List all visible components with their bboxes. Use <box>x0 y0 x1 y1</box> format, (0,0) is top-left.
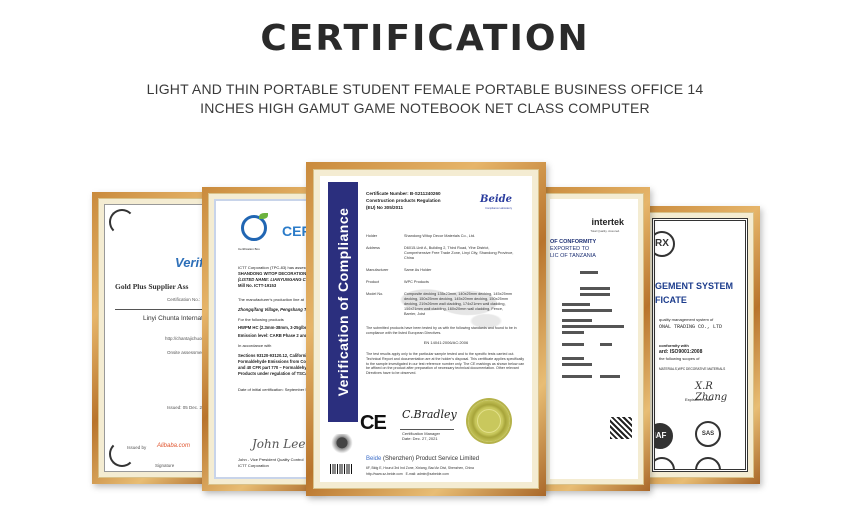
field-text <box>562 325 624 328</box>
cert-line: conformity with <box>659 343 689 348</box>
cert-line: Date of initial certification: September… <box>238 387 312 392</box>
signer: John - Vice President Quality Control <box>238 457 304 462</box>
standard: EN 14041:2006/AC:2006 <box>320 340 532 345</box>
ce-mark-icon: CE <box>360 412 386 435</box>
gold-seal-icon <box>468 400 510 442</box>
logo-caption: Certification Box <box>238 247 260 251</box>
signature-line <box>400 429 454 430</box>
verification-band: Verification of Compliance <box>328 182 358 422</box>
cert-line: ard: ISO9001:2008 <box>659 349 702 355</box>
field-text <box>562 309 612 312</box>
signer-block: Certification Manager Date: Dec. 27, 202… <box>402 431 440 441</box>
cert-line: and 40 CFR part 770 – Formaldehyd <box>238 365 309 370</box>
intertek-logo: intertek <box>591 217 624 227</box>
signature: C.Bradley <box>402 408 457 421</box>
field-address: AddressD6015-Unit A, Building 2, Third R… <box>366 246 514 261</box>
date-label: Date <box>155 471 165 472</box>
accreditation-badge-icon: SAS <box>695 421 721 447</box>
cert-line: The manufacturer's production line at <box>238 297 304 302</box>
page-title: CERTIFICATION <box>0 18 850 59</box>
field-product: ProductWPC Products <box>366 280 514 285</box>
cert-line: Sections 93120-93120.12, California <box>238 353 309 358</box>
alibaba-logo: Alibaba.com <box>157 443 190 449</box>
cert-line: For the following products <box>238 317 284 322</box>
field-text <box>580 293 610 296</box>
issuer-email: E-mail: admin@szbeide.com <box>406 472 449 476</box>
field-value: Composite decking 135x23mm, 140x25mm dec… <box>404 292 514 317</box>
cert-line: Mill No. ICTT-19153 <box>238 283 276 288</box>
issuer-name: (Shenzhen) Product Service Limited <box>381 456 479 462</box>
certificate-title: GEMENT SYSTEM FICATE <box>655 279 733 307</box>
cert-line: ICTT Corporation (TPC-83) has assessed a <box>238 265 312 270</box>
rx-logo-icon: RX <box>652 231 675 257</box>
corner-ornament-icon <box>109 209 135 235</box>
beide-logo-sub: Compliance Laboratory <box>485 207 512 210</box>
field-key: Manufacturer <box>366 268 404 273</box>
cert-line: Formaldehyde Emissions from Comp <box>238 359 312 364</box>
crest-icon <box>330 434 354 456</box>
regulation-number: (EU) No 305/2011 <box>366 204 441 211</box>
seal-icon <box>652 457 675 472</box>
beide-logo: Beide <box>480 194 512 205</box>
ictt-logo-icon <box>241 215 267 241</box>
certificate-header: Certificate Number: B-S211240260 Constru… <box>366 190 441 211</box>
field-model: Model No.Composite decking 135x23mm, 140… <box>366 292 514 317</box>
field-manufacturer: ManufacturerSame As Holder <box>366 268 514 273</box>
cert-line: the following scopes of <box>659 356 699 361</box>
signer-org: ICTT Corporation <box>238 463 269 468</box>
certificate-title: Gold Plus Supplier Ass <box>115 282 188 291</box>
barcode-icon <box>330 464 352 474</box>
qr-code-icon <box>610 417 632 439</box>
field-key: Product <box>366 280 404 285</box>
cert-line: Emission level: CARB Phase 2 and TSCA T <box>238 333 312 338</box>
cert-line: Zhongqifang Village, Pengshang Town, La <box>238 307 312 312</box>
field-key: Address <box>366 246 404 261</box>
cert-line: quality management system of <box>659 317 713 322</box>
title-line: GEMENT SYSTEM <box>655 279 733 293</box>
field-text <box>600 343 612 346</box>
intertek-tagline: Total Quality. Assured. <box>590 229 620 233</box>
field-holder: HolderShandong Witop Decor Materials Co.… <box>366 234 514 239</box>
signature: X.R Zhang <box>695 381 745 403</box>
field-value: Shandong Witop Decor Materials Co., Ltd. <box>404 234 514 239</box>
certificate-number: Certificate Number: B-S211240260 <box>366 190 441 197</box>
issuer-brand: Beide <box>366 456 381 462</box>
cert-line: (LISTED NAME: LIANYUNGANG CHANTA <box>238 277 312 282</box>
certificate-intertek: intertek Total Quality. Assured. OF CONF… <box>538 187 650 491</box>
page-subtitle: LIGHT AND THIN PORTABLE STUDENT FEMALE P… <box>120 80 730 118</box>
cert-line: ONAL TRADING CO., LTD <box>659 324 722 330</box>
field-value: Same As Holder <box>404 268 514 273</box>
field-text <box>562 343 584 346</box>
cert-line: SHANDONG WITOP DECORATION MA <box>238 271 312 276</box>
regulation: Construction products Regulation <box>366 197 441 204</box>
field-text <box>562 375 592 378</box>
field-text <box>580 271 598 274</box>
compliance-statement: The submitted products have been tested … <box>366 326 526 336</box>
field-value: WPC Products <box>404 280 514 285</box>
certificate-iso: RX GEMENT SYSTEM FICATE quality manageme… <box>640 206 760 484</box>
certificate-date: Date: Dec. 27, 2021 <box>402 436 440 441</box>
certificate-notes: The test results apply only to the parti… <box>366 352 526 376</box>
company-name: Linyi Chunta Internation <box>143 315 210 322</box>
signature: John Lee <box>252 437 305 451</box>
divider <box>115 309 209 310</box>
field-text <box>580 287 610 290</box>
issuer-company: Beide (Shenzhen) Product Service Limited <box>366 456 479 462</box>
heading-line: OF CONFORMITY <box>550 239 596 246</box>
heading-line: LIC OF TANZANIA <box>550 253 596 260</box>
field-text <box>600 375 620 378</box>
cert-line: HWPM HC (2.3mm-38mm, 3-25g/bc) <box>238 325 309 330</box>
issuer-address: 6F, Bldg E, Hourui 3rd Ind Zone, Xixiang… <box>366 466 474 470</box>
cert-line: Products under regulation of TSCA T <box>238 371 312 376</box>
certificate-beide: Verification of Compliance Certificate N… <box>306 162 546 496</box>
cert-line: In accordance with <box>238 343 271 348</box>
title-line: FICATE <box>655 293 733 307</box>
issued-by-label: Issued by <box>127 445 146 450</box>
cert-line: MATERIALS,WPC DECORATIVE MATERIALS <box>659 367 725 371</box>
certificate-heading: OF CONFORMITY EXPORTED TO LIC OF TANZANI… <box>550 239 596 260</box>
field-value: D6015-Unit A, Building 2, Third Road, Yi… <box>404 246 514 261</box>
field-text <box>562 331 584 334</box>
field-text <box>562 363 592 366</box>
field-key: Holder <box>366 234 404 239</box>
certification-number-label: Certification No.: <box>167 297 200 302</box>
iaf-badge-icon: IAF <box>652 423 673 449</box>
issuer-website: http://www.sz-beide.com <box>366 472 403 476</box>
field-text <box>562 357 584 360</box>
band-text: Verification of Compliance <box>335 208 351 397</box>
heading-line: EXPORTED TO <box>550 246 596 253</box>
signature-label: Signature <box>155 463 174 468</box>
seal-icon <box>695 457 721 472</box>
field-key: Model No. <box>366 292 404 317</box>
issuer-web: http://www.sz-beide.com E-mail: admin@sz… <box>366 472 449 476</box>
field-text <box>562 303 590 306</box>
field-text <box>562 319 592 322</box>
